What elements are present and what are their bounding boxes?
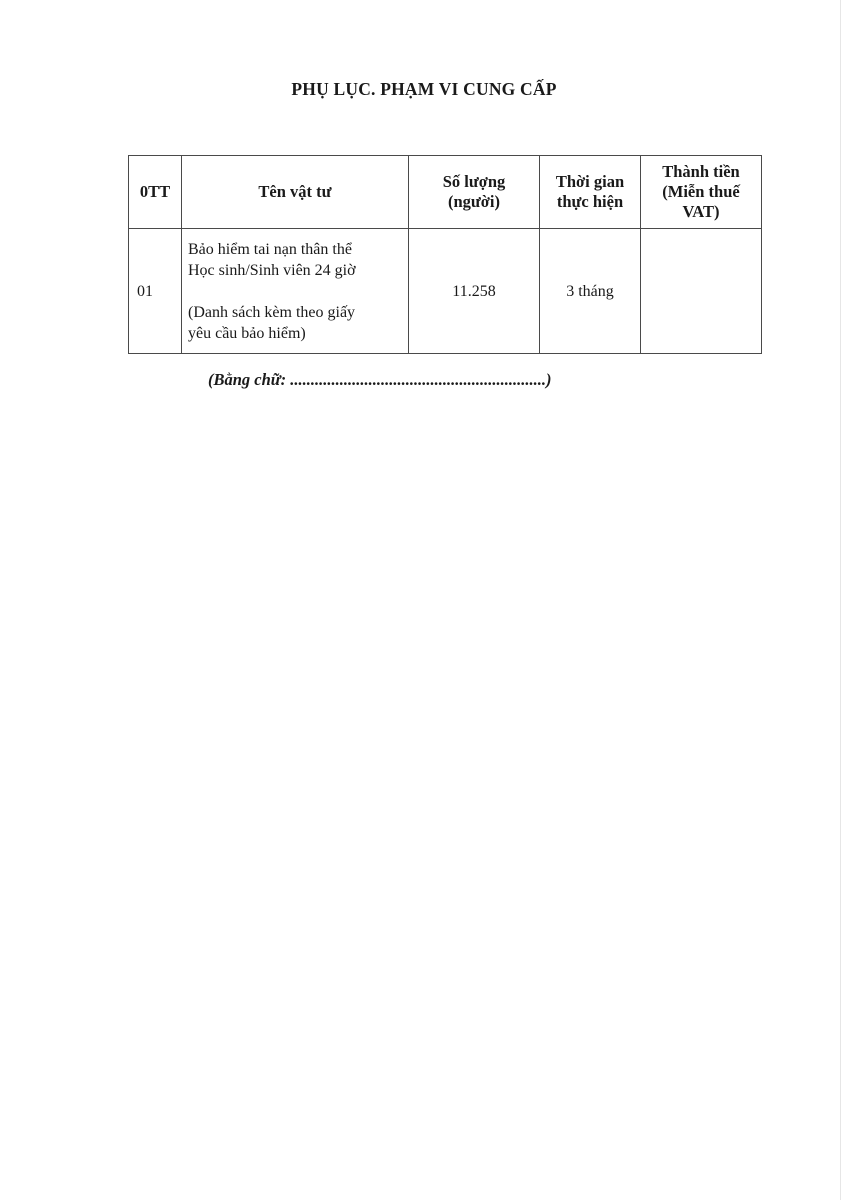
cell-quantity: 11.258 (409, 229, 540, 354)
table-row: 01 Bảo hiểm tai nạn thân thể Học sinh/Si… (129, 229, 762, 354)
page-edge-line (840, 0, 841, 1200)
cell-amount (641, 229, 762, 354)
header-item-name: Tên vật tư (182, 156, 409, 229)
cell-stt: 01 (129, 229, 182, 354)
document-title: PHỤ LỤC. PHẠM VI CUNG CẤP (0, 79, 848, 100)
supply-scope-table: 0TT Tên vật tư Số lượng (người) Thời gia… (128, 155, 762, 354)
header-duration: Thời gian thực hiện (540, 156, 641, 229)
cell-duration: 3 tháng (540, 229, 641, 354)
header-quantity: Số lượng (người) (409, 156, 540, 229)
amount-in-words: (Bằng chữ: .............................… (208, 370, 552, 390)
header-stt: 0TT (129, 156, 182, 229)
header-amount: Thành tiền (Miễn thuế VAT) (641, 156, 762, 229)
table-header-row: 0TT Tên vật tư Số lượng (người) Thời gia… (129, 156, 762, 229)
cell-item-name: Bảo hiểm tai nạn thân thể Học sinh/Sinh … (182, 229, 409, 354)
